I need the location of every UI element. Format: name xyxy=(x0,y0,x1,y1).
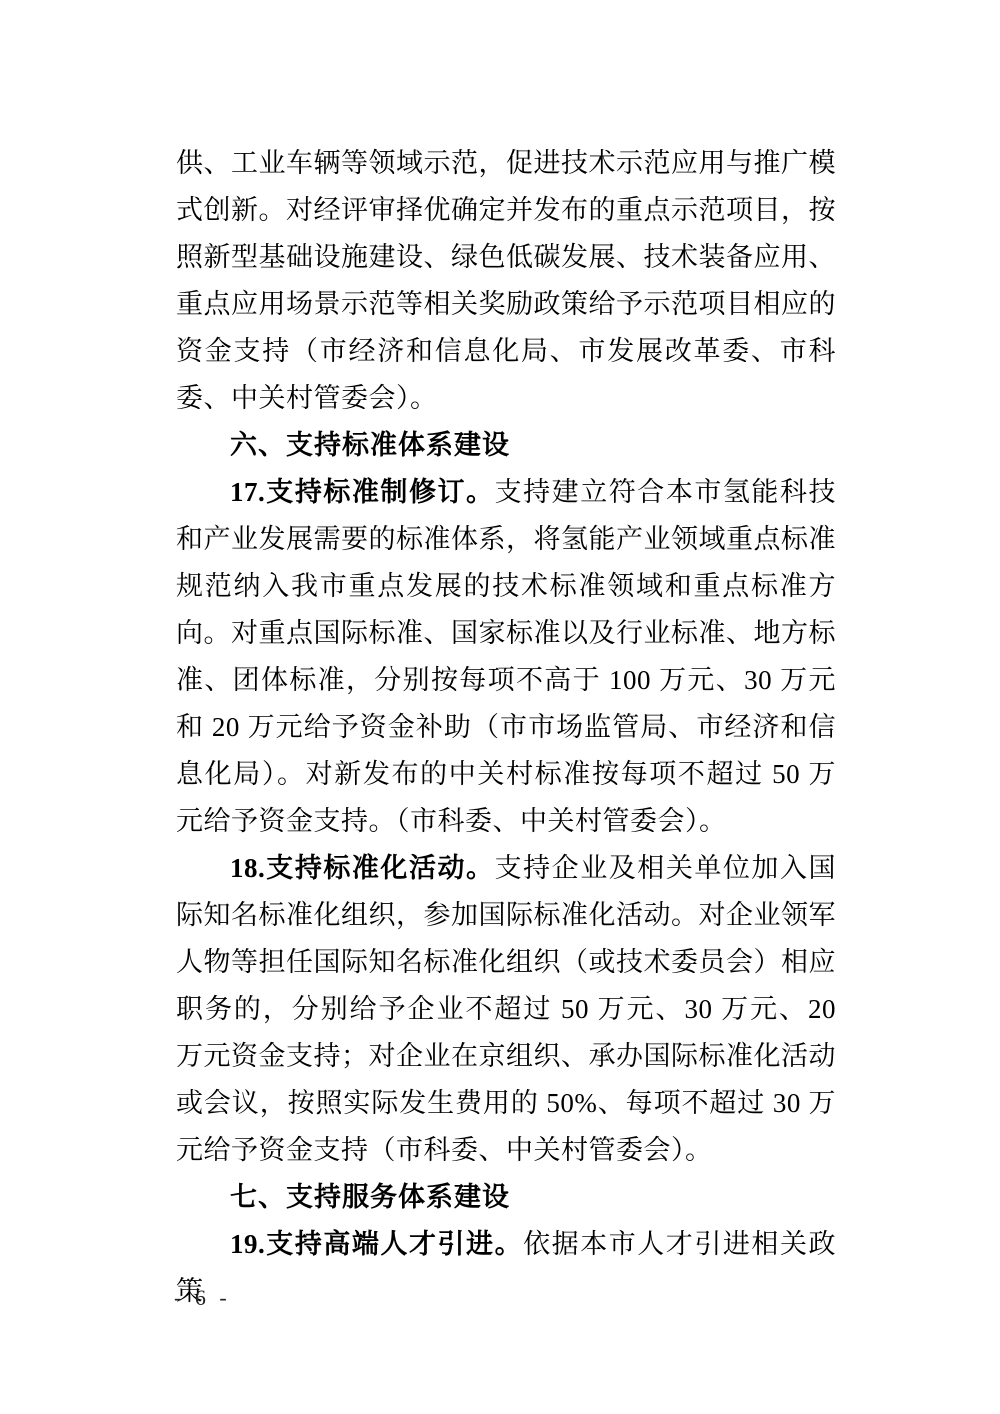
section-heading-seven: 七、支持服务体系建设 xyxy=(176,1174,836,1221)
paragraph-17-lead: 17.支持标准制修订。 xyxy=(230,477,495,507)
paragraph-17-text: 支持建立符合本市氢能科技和产业发展需要的标准体系，将氢能产业领域重点标准规范纳入… xyxy=(176,477,836,836)
document-page: 供、工业车辆等领域示范，促进技术示范应用与推广模式创新。对经评审择优确定并发布的… xyxy=(0,0,1000,1414)
page-number: - 6 - xyxy=(174,1283,231,1313)
paragraph-item-18: 18.支持标准化活动。支持企业及相关单位加入国际知名标准化组织，参加国际标准化活… xyxy=(176,845,836,1174)
paragraph-18-text: 支持企业及相关单位加入国际知名标准化组织，参加国际标准化活动。对企业领军人物等担… xyxy=(176,853,836,1165)
paragraph-19-lead: 19.支持高端人才引进。 xyxy=(230,1229,523,1259)
document-body: 供、工业车辆等领域示范，促进技术示范应用与推广模式创新。对经评审择优确定并发布的… xyxy=(176,140,836,1315)
paragraph-continuation: 供、工业车辆等领域示范，促进技术示范应用与推广模式创新。对经评审择优确定并发布的… xyxy=(176,140,836,422)
paragraph-item-19: 19.支持高端人才引进。依据本市人才引进相关政策 xyxy=(176,1221,836,1315)
paragraph-item-17: 17.支持标准制修订。支持建立符合本市氢能科技和产业发展需要的标准体系，将氢能产… xyxy=(176,469,836,845)
paragraph-18-lead: 18.支持标准化活动。 xyxy=(230,853,495,883)
section-heading-six: 六、支持标准体系建设 xyxy=(176,422,836,469)
